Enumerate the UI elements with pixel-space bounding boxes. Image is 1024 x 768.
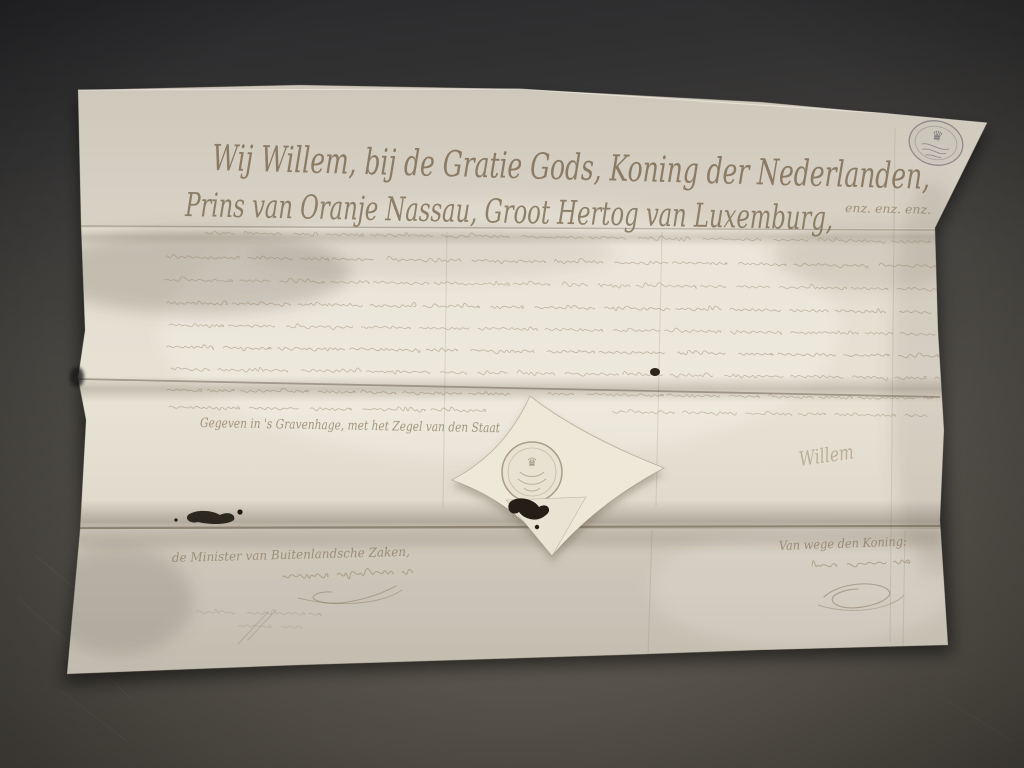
seal-ink-dot <box>535 525 539 529</box>
embossed-crown-icon: ♛ <box>527 455 538 469</box>
ink-dot-2 <box>174 518 177 521</box>
ink-dot-1 <box>237 509 242 514</box>
embossed-seal-ring <box>502 442 562 502</box>
worm-hole <box>650 368 660 376</box>
photo-of-royal-charter: Wij Willem, bij de Gratie Gods, Koning d… <box>0 0 1024 768</box>
document: Wij Willem, bij de Gratie Gods, Koning d… <box>40 82 1000 688</box>
edge-notch-shadow <box>70 367 84 387</box>
header-suffix: enz. enz. enz. <box>845 201 931 217</box>
